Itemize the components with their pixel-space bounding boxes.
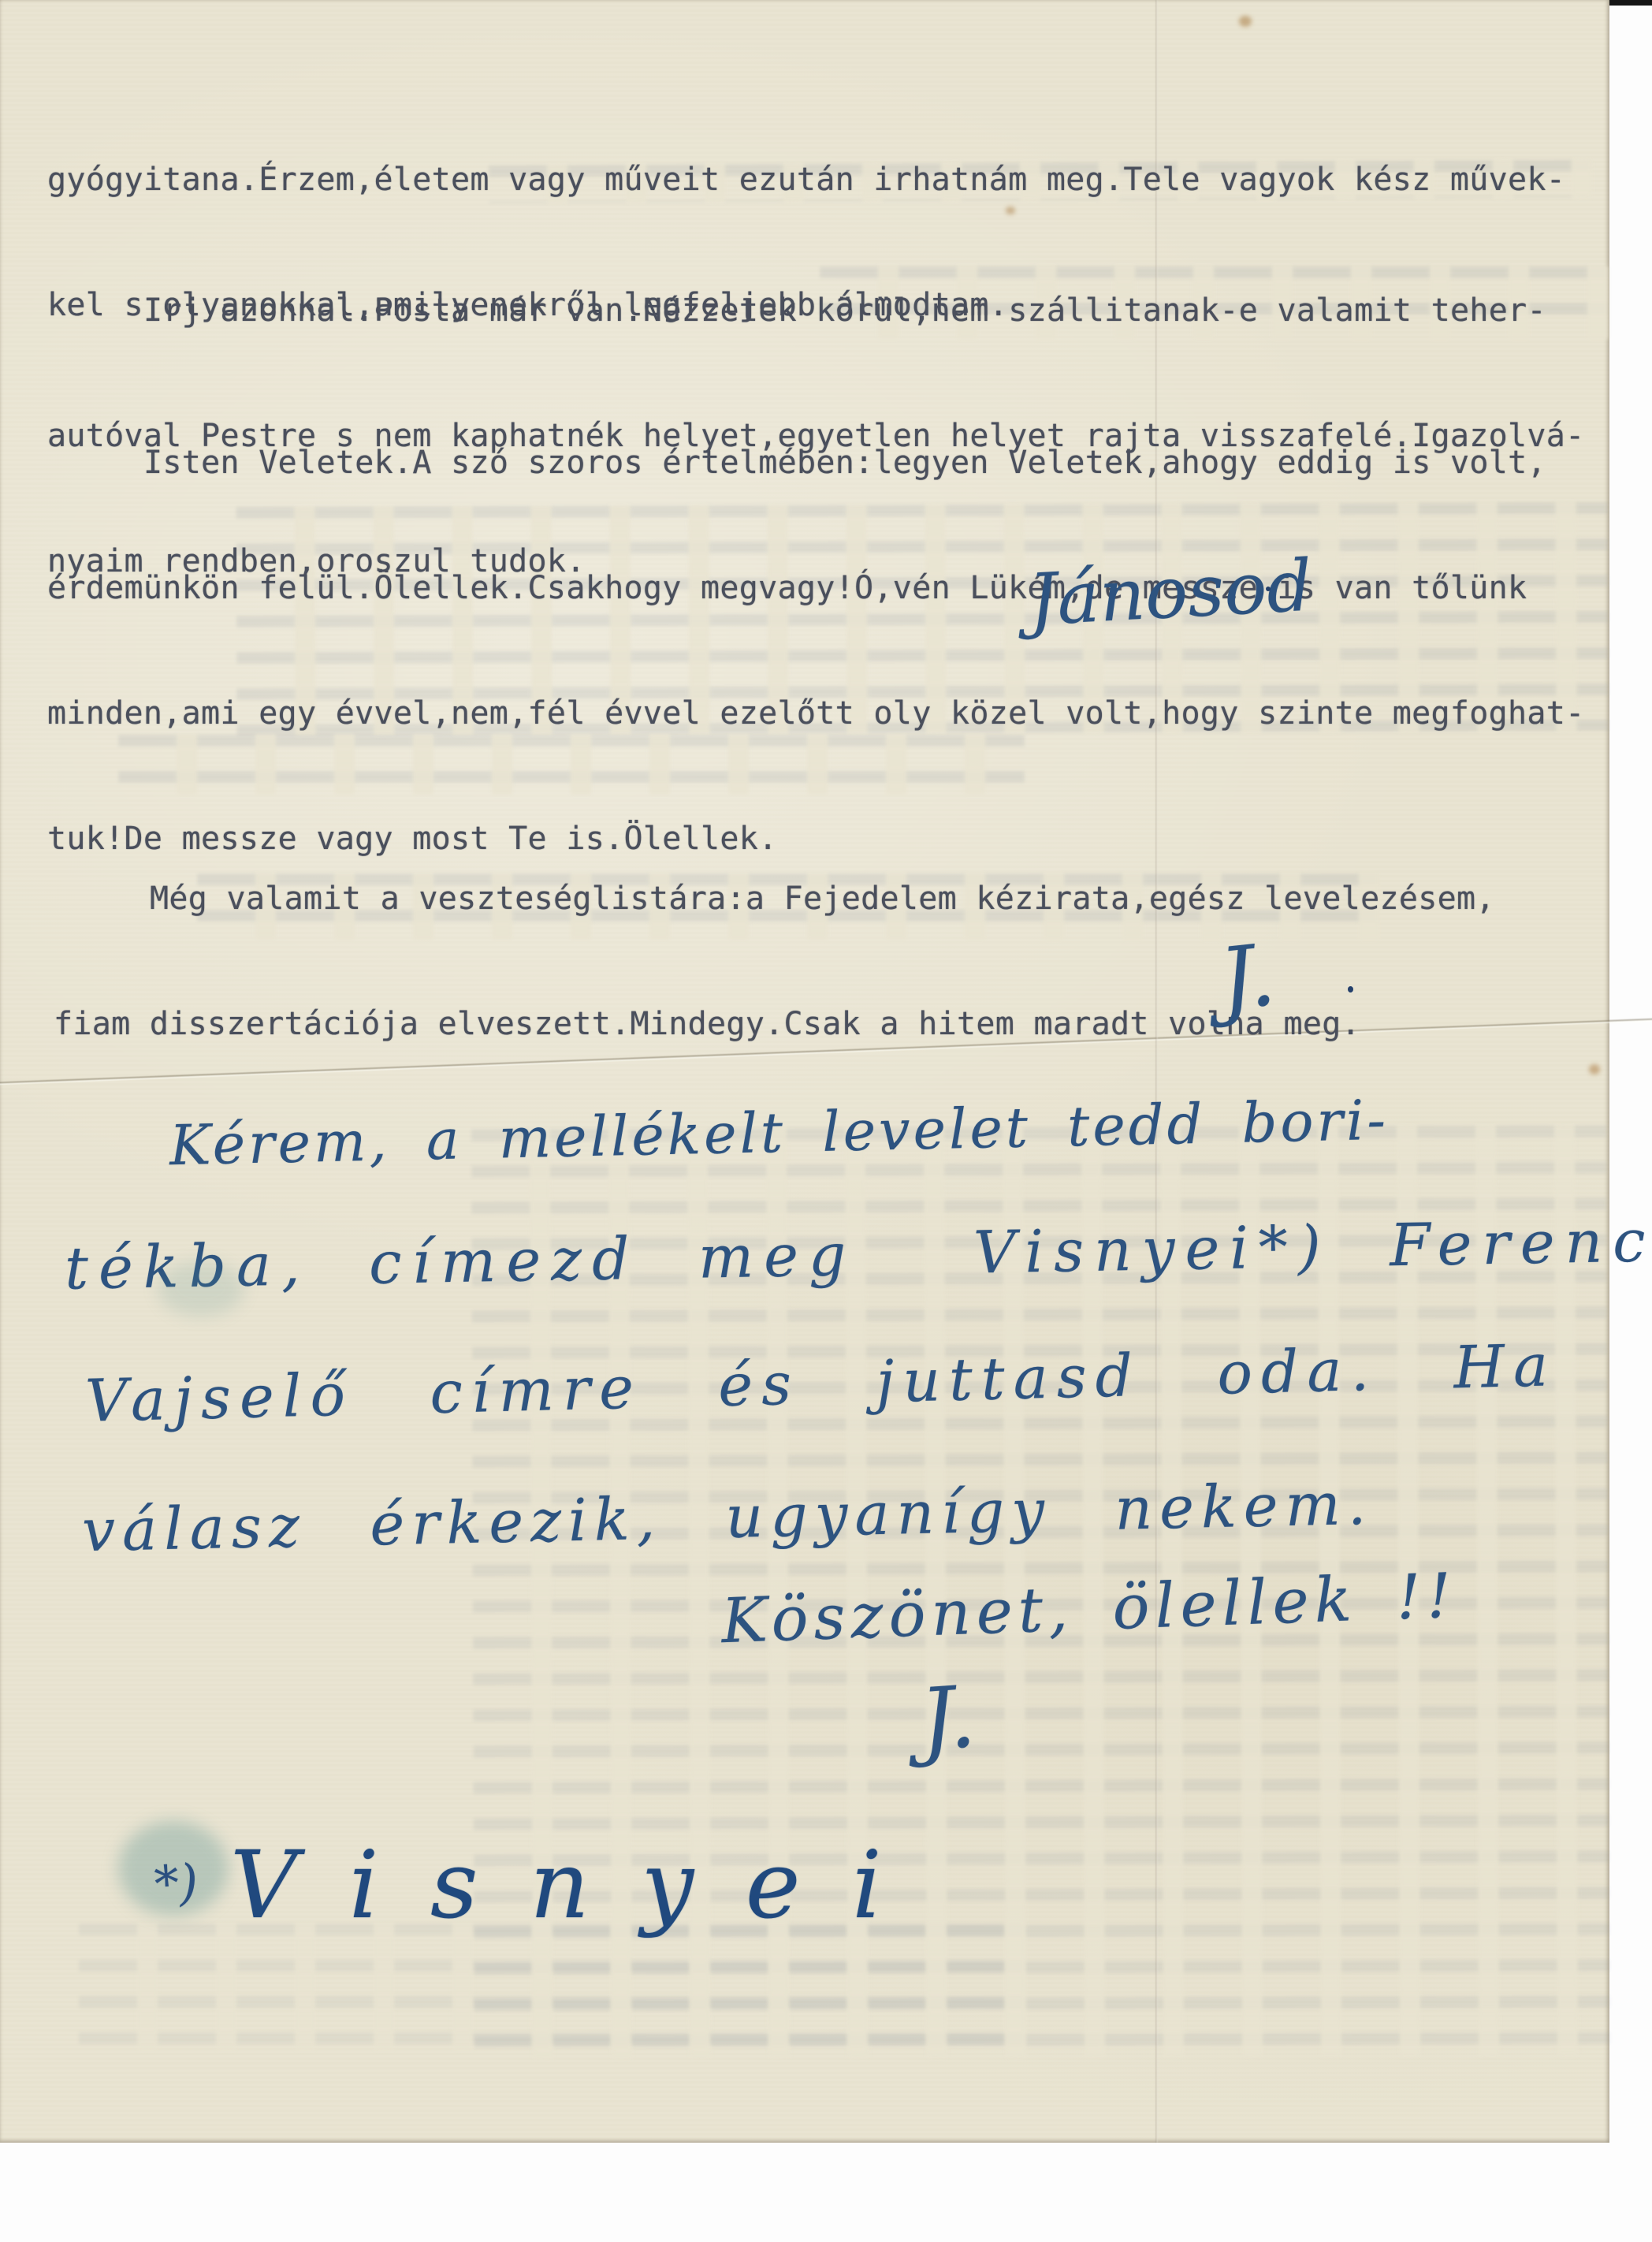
footnote-marker: *) [153,1853,200,1913]
foxing-spot [1589,1064,1600,1074]
typed-line: érdemünkön felül.Ölellek.Csakhogy megvag… [47,568,1585,609]
typed-line: minden,ami egy évvel,nem,fél évvel ezelő… [47,693,1585,735]
typed-paragraph-4: Még valamit a veszteséglistára:a Fejedel… [54,795,1495,1129]
handwritten-initial: J. [917,1668,979,1771]
typed-line: gyógyitana.Érzem,életem vagy műveit ezut… [47,159,1565,201]
foxing-spot [1006,207,1015,214]
typed-line: Még valamit a veszteséglistára:a Fejedel… [54,878,1495,920]
typed-line: Isten Veletek.A szó szoros értelmében:le… [47,442,1585,484]
typed-line: fiam disszertációja elveszett.Mindegy.Cs… [54,1004,1495,1045]
letter-scan: gyógyitana.Érzem,életem vagy műveit ezut… [0,0,1652,2242]
ink-dot [1348,986,1353,993]
typed-line: Irj azonnal.Posta már van.Nézzetek körül… [47,290,1585,332]
scanner-corner-shadow [1609,0,1652,6]
ink-smudge [158,1261,244,1317]
foxing-spot [1239,16,1252,27]
handwritten-initial: J. [1215,926,1280,1030]
ink-dot [1266,587,1271,591]
footnote-name: V i s n y e i [230,1830,893,1939]
handwritten-signature: Jánosod [1026,545,1314,642]
